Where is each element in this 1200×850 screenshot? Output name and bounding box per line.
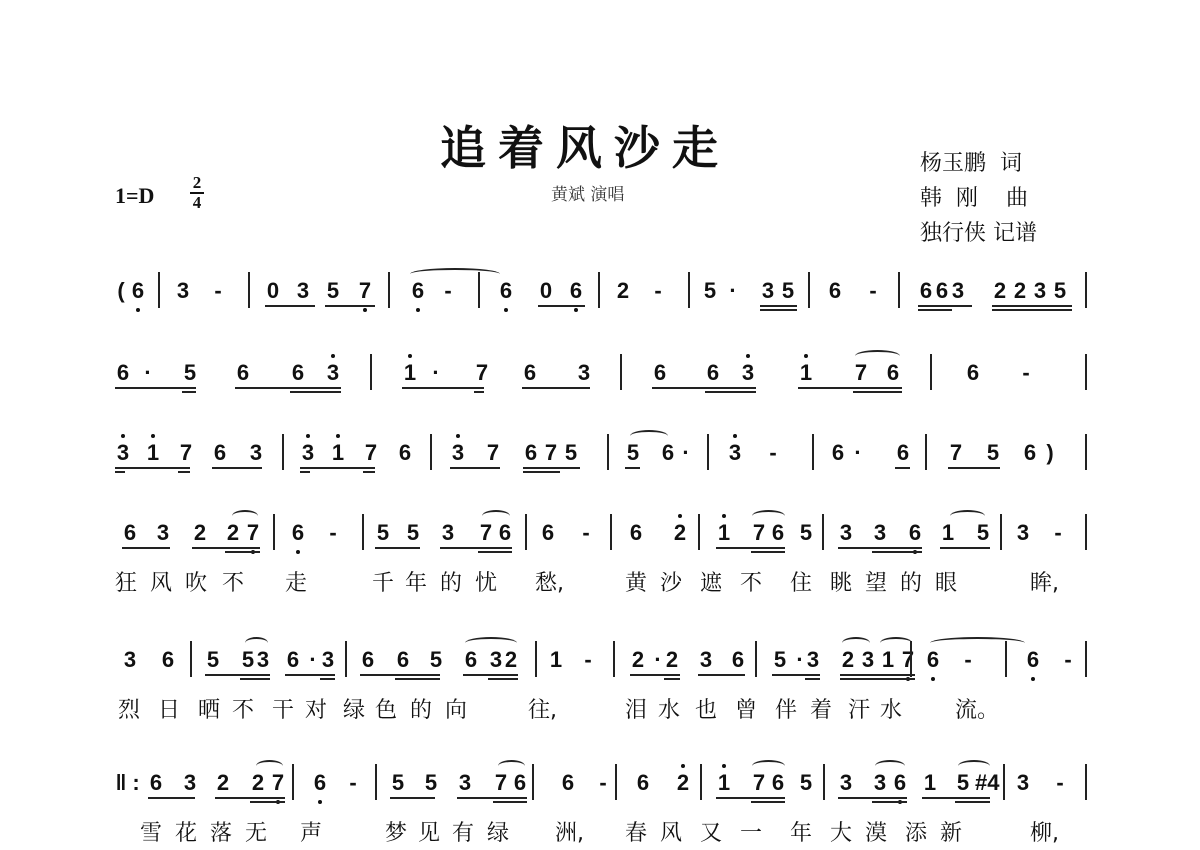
- lyric-char: 不: [232, 693, 254, 724]
- lyric-char: 见: [418, 816, 440, 847]
- low-octave-dot: [416, 308, 420, 312]
- eighth-underline: [457, 797, 527, 799]
- eighth-underline: [630, 674, 680, 676]
- time-signature: 2 4: [190, 175, 204, 211]
- bar-line: [823, 764, 825, 800]
- low-octave-dot: [574, 308, 578, 312]
- lyric-char: 忧: [475, 566, 497, 597]
- lyric-char: 洲,: [555, 816, 584, 847]
- note: 5: [325, 278, 341, 304]
- note: 2: [503, 647, 519, 673]
- note: 5: [625, 440, 641, 466]
- note: 5: [955, 770, 971, 796]
- note: 6: [934, 278, 950, 304]
- slur-arc: [498, 760, 525, 772]
- note: 3: [1015, 520, 1031, 546]
- high-octave-dot: [336, 434, 340, 438]
- note: (: [113, 278, 129, 304]
- note: 6: [148, 770, 164, 796]
- note: 3: [727, 440, 743, 466]
- note: 2: [992, 278, 1008, 304]
- high-octave-dot: [121, 434, 125, 438]
- note: 5: [390, 770, 406, 796]
- note: 3: [440, 520, 456, 546]
- lyric-char: 对: [305, 693, 327, 724]
- lyric-char: 狂: [115, 566, 137, 597]
- note: 2: [215, 770, 231, 796]
- note: 6: [895, 440, 911, 466]
- note: 2: [615, 278, 631, 304]
- high-octave-dot: [306, 434, 310, 438]
- time-bottom: 4: [190, 195, 204, 211]
- bar-line: [698, 514, 700, 550]
- slur-arc: [410, 268, 500, 280]
- lyric-char: 千: [372, 566, 394, 597]
- note: 3: [950, 278, 966, 304]
- sixteenth-underline: [751, 801, 785, 803]
- note: 6: [290, 360, 306, 386]
- lyric-char: 大: [830, 816, 852, 847]
- eighth-underline: [205, 674, 270, 676]
- sixteenth-underline: [363, 471, 375, 473]
- note: 6: [1025, 647, 1041, 673]
- note: 3: [872, 520, 888, 546]
- sixteenth-underline: [918, 309, 952, 311]
- bar-line: [190, 641, 192, 677]
- note: #4: [975, 770, 991, 796]
- lyric-char: 落: [210, 816, 232, 847]
- note: 3: [248, 440, 264, 466]
- note: 3: [182, 770, 198, 796]
- note: 3: [325, 360, 341, 386]
- note: 2: [1012, 278, 1028, 304]
- lyric-char: 年: [790, 816, 812, 847]
- note: 5: [423, 770, 439, 796]
- sixteenth-underline: [115, 471, 125, 473]
- sixteenth-underline: [250, 801, 285, 803]
- note: 3: [805, 647, 821, 673]
- note: 6: [522, 360, 538, 386]
- low-octave-dot: [1031, 677, 1035, 681]
- lyric-char: 泪: [625, 693, 647, 724]
- lyric-char: 住: [790, 566, 812, 597]
- note: 6: [560, 770, 576, 796]
- note: 6: [705, 360, 721, 386]
- note: 1: [548, 647, 564, 673]
- lyric-char: 不: [740, 566, 762, 597]
- note: -: [578, 520, 594, 546]
- lyricist-credit: 杨玉鹏 词: [920, 146, 1037, 181]
- lyric-char: 往,: [528, 693, 557, 724]
- lyric-char: 有: [452, 816, 474, 847]
- eighth-underline: [698, 674, 745, 676]
- high-octave-dot: [151, 434, 155, 438]
- eighth-underline: [772, 674, 820, 676]
- credits: 杨玉鹏 词 韩 刚 曲 独行侠 记谱: [920, 146, 1037, 251]
- bar-line: [292, 764, 294, 800]
- low-octave-dot: [931, 677, 935, 681]
- low-octave-dot: [296, 550, 300, 554]
- sixteenth-underline: [705, 391, 756, 393]
- note: 6: [925, 647, 941, 673]
- bar-line: [707, 434, 709, 470]
- note: 7: [543, 440, 559, 466]
- slur-arc: [855, 350, 900, 362]
- lyric-char: 绿: [343, 693, 365, 724]
- note: -: [1018, 360, 1034, 386]
- slur-arc: [232, 510, 258, 522]
- high-octave-dot: [678, 514, 682, 518]
- note: 5: [375, 520, 391, 546]
- lyric-char: 走: [285, 566, 307, 597]
- lyric-char: 水: [658, 693, 680, 724]
- lyric-char: 色: [375, 693, 397, 724]
- bar-line: [1085, 514, 1087, 550]
- sixteenth-underline: [751, 551, 785, 553]
- lyric-char: 晒: [198, 693, 220, 724]
- note: 6: [965, 360, 981, 386]
- eighth-underline: [940, 547, 990, 549]
- note: 3: [838, 770, 854, 796]
- note: 3: [450, 440, 466, 466]
- note: 1: [716, 520, 732, 546]
- high-octave-dot: [408, 354, 412, 358]
- lyric-char: 水: [880, 693, 902, 724]
- slur-arc: [880, 637, 912, 649]
- note: 6: [497, 520, 513, 546]
- note: -: [765, 440, 781, 466]
- note: 2: [675, 770, 691, 796]
- lyric-char: 愁,: [535, 566, 564, 597]
- lyric-char: 的: [900, 566, 922, 597]
- note: 5: [985, 440, 1001, 466]
- lyric-char: 无: [245, 816, 267, 847]
- note: 6: [397, 440, 413, 466]
- low-octave-dot: [504, 308, 508, 312]
- eighth-underline: [652, 387, 756, 389]
- note: 6: [652, 360, 668, 386]
- eighth-underline: [716, 797, 785, 799]
- sixteenth-underline: [320, 678, 335, 680]
- note: 6: [498, 278, 514, 304]
- eighth-underline: [325, 305, 375, 307]
- bar-line: [755, 641, 757, 677]
- sixteenth-underline: [760, 309, 797, 311]
- eighth-underline: [922, 797, 990, 799]
- bar-line: [1085, 354, 1087, 390]
- lyric-char: 春: [625, 816, 647, 847]
- sixteenth-underline: [872, 551, 922, 553]
- note: 6: [892, 770, 908, 796]
- eighth-underline: [760, 305, 797, 307]
- note: 5: [798, 770, 814, 796]
- lyric-char: 眺: [830, 566, 852, 597]
- note: 0: [538, 278, 554, 304]
- bar-line: [1085, 434, 1087, 470]
- note: 6: [830, 440, 846, 466]
- note: 0: [265, 278, 281, 304]
- note: 1: [880, 647, 896, 673]
- eighth-underline: [840, 674, 915, 676]
- eighth-underline: [192, 547, 260, 549]
- note: 6: [395, 647, 411, 673]
- bar-line: [822, 514, 824, 550]
- note: 6: [1022, 440, 1038, 466]
- lyric-char: 眼: [935, 566, 957, 597]
- note: 3: [320, 647, 336, 673]
- note: 7: [270, 770, 286, 796]
- lyric-char: 风: [660, 816, 682, 847]
- slur-arc: [958, 760, 990, 772]
- sixteenth-underline: [300, 471, 310, 473]
- note: ·: [140, 360, 156, 386]
- note: -: [210, 278, 226, 304]
- note: -: [650, 278, 666, 304]
- note: -: [960, 647, 976, 673]
- lyric-char: 一: [740, 816, 762, 847]
- slur-arc: [630, 430, 668, 442]
- score-row-5: 365536·36656321-2·2365·323176-6-烈日晒不干对绿色…: [0, 647, 1200, 707]
- note: 7: [357, 278, 373, 304]
- note: 1: [145, 440, 161, 466]
- low-octave-dot: [363, 308, 367, 312]
- note: -: [580, 647, 596, 673]
- lyric-char: 日: [158, 693, 180, 724]
- lyric-char: 年: [405, 566, 427, 597]
- note: -: [1050, 520, 1066, 546]
- bar-line: [388, 272, 390, 308]
- lyric-char: 汗: [848, 693, 870, 724]
- lyric-char: 雪: [140, 816, 162, 847]
- note: ·: [428, 360, 444, 386]
- note: 3: [576, 360, 592, 386]
- note: ): [1042, 440, 1058, 466]
- note: 3: [155, 520, 171, 546]
- eighth-underline: [463, 674, 518, 676]
- note: 6: [235, 360, 251, 386]
- score-row-1: (63-03576-6062-5·356-6632235: [0, 278, 1200, 338]
- slur-arc: [950, 510, 985, 522]
- high-octave-dot: [722, 764, 726, 768]
- lyric-char: 烈: [118, 693, 140, 724]
- note: 2: [664, 647, 680, 673]
- eighth-underline: [360, 674, 440, 676]
- eighth-underline: [122, 547, 170, 549]
- eighth-underline: [265, 305, 315, 307]
- note: 3: [295, 278, 311, 304]
- note: 6: [212, 440, 228, 466]
- eighth-underline: [148, 797, 195, 799]
- note: 3: [488, 647, 504, 673]
- note: 2: [225, 520, 241, 546]
- note: 5: [1052, 278, 1068, 304]
- sixteenth-underline: [523, 471, 560, 473]
- lyric-char: 向: [445, 693, 467, 724]
- note: ·: [305, 647, 321, 673]
- high-octave-dot: [456, 434, 460, 438]
- high-octave-dot: [746, 354, 750, 358]
- note: 6: [523, 440, 539, 466]
- note: 6: [770, 520, 786, 546]
- sixteenth-underline: [493, 801, 527, 803]
- note: 6: [827, 278, 843, 304]
- sixteenth-underline: [664, 678, 680, 680]
- bar-line: [700, 764, 702, 800]
- note: 3: [115, 440, 131, 466]
- note: 6: [635, 770, 651, 796]
- eighth-underline: [440, 547, 512, 549]
- lyric-char: 干: [272, 693, 294, 724]
- sixteenth-underline: [225, 551, 260, 553]
- high-octave-dot: [681, 764, 685, 768]
- note: 5: [182, 360, 198, 386]
- transcriber-credit: 独行侠 记谱: [920, 216, 1037, 251]
- note: 2: [192, 520, 208, 546]
- high-octave-dot: [722, 514, 726, 518]
- note: 6: [885, 360, 901, 386]
- note: 5: [563, 440, 579, 466]
- note: 7: [485, 440, 501, 466]
- bar-line: [362, 514, 364, 550]
- note: 7: [245, 520, 261, 546]
- bar-line: [610, 514, 612, 550]
- eighth-underline: [285, 674, 335, 676]
- note: 6: [770, 770, 786, 796]
- note: 1: [940, 520, 956, 546]
- lyric-char: 不: [222, 566, 244, 597]
- lyric-char: 流。: [955, 693, 999, 724]
- note: ‖: [113, 770, 129, 796]
- note: 6: [568, 278, 584, 304]
- note: 7: [853, 360, 869, 386]
- bar-line: [1085, 272, 1087, 308]
- note: 6: [463, 647, 479, 673]
- note: -: [1060, 647, 1076, 673]
- note: 6: [410, 278, 426, 304]
- note: 6: [290, 520, 306, 546]
- score-row-3: 3176331763767556·3-6·6756): [0, 440, 1200, 500]
- slur-arc: [245, 637, 268, 649]
- time-top: 2: [190, 175, 204, 191]
- score-row-6: ‖:632276-553766-62176533615#43-雪花落无声梦见有绿…: [0, 770, 1200, 830]
- note: 2: [630, 647, 646, 673]
- eighth-underline: [300, 467, 375, 469]
- note: 5: [798, 520, 814, 546]
- bar-line: [1085, 641, 1087, 677]
- eighth-underline: [390, 797, 435, 799]
- bar-line: [808, 272, 810, 308]
- note: ·: [850, 440, 866, 466]
- score-row-2: 6·56631·7636631766-: [0, 360, 1200, 420]
- note: -: [325, 520, 341, 546]
- lyric-char: 梦: [385, 816, 407, 847]
- note: 2: [672, 520, 688, 546]
- sixteenth-underline: [474, 391, 484, 393]
- bar-line: [620, 354, 622, 390]
- bar-line: [525, 514, 527, 550]
- note: 6: [512, 770, 528, 796]
- note: 1: [330, 440, 346, 466]
- low-octave-dot: [318, 800, 322, 804]
- slur-arc: [752, 510, 785, 522]
- lyric-char: 又: [700, 816, 722, 847]
- note: 7: [751, 520, 767, 546]
- slur-arc: [482, 510, 510, 522]
- bar-line: [613, 641, 615, 677]
- score-row-4: 632276-553766-621765336153-狂风吹不走千年的忧愁,黄沙…: [0, 520, 1200, 580]
- lyric-char: 沙: [660, 566, 682, 597]
- note: ·: [725, 278, 741, 304]
- sixteenth-underline: [182, 391, 196, 393]
- slur-arc: [875, 760, 905, 772]
- lyric-char: 漠: [865, 816, 887, 847]
- lyric-char: 着: [810, 693, 832, 724]
- bar-line: [688, 272, 690, 308]
- eighth-underline: [522, 387, 590, 389]
- bar-line: [930, 354, 932, 390]
- slur-arc: [465, 637, 517, 649]
- note: 7: [474, 360, 490, 386]
- sixteenth-underline: [395, 678, 440, 680]
- note: 6: [130, 278, 146, 304]
- bar-line: [1000, 514, 1002, 550]
- note: -: [345, 770, 361, 796]
- note: 2: [250, 770, 266, 796]
- note: 5: [405, 520, 421, 546]
- note: 3: [175, 278, 191, 304]
- note: 7: [478, 520, 494, 546]
- lyric-char: 柳,: [1030, 816, 1059, 847]
- note: 3: [698, 647, 714, 673]
- eighth-underline: [235, 387, 341, 389]
- lyric-char: 声: [300, 816, 322, 847]
- note: -: [1052, 770, 1068, 796]
- eighth-underline: [212, 467, 262, 469]
- slur-arc: [752, 760, 785, 772]
- bar-line: [345, 641, 347, 677]
- note: 5: [780, 278, 796, 304]
- lyric-char: 望: [865, 566, 887, 597]
- note: 5: [702, 278, 718, 304]
- bar-line: [370, 354, 372, 390]
- note: 5: [772, 647, 788, 673]
- note: -: [865, 278, 881, 304]
- note: 6: [115, 360, 131, 386]
- note: 6: [907, 520, 923, 546]
- note: -: [440, 278, 456, 304]
- lyric-char: 眸,: [1030, 566, 1059, 597]
- note: 7: [178, 440, 194, 466]
- sixteenth-underline: [805, 678, 820, 680]
- eighth-underline: [115, 387, 196, 389]
- bar-line: [898, 272, 900, 308]
- note: 3: [872, 770, 888, 796]
- bar-line: [248, 272, 250, 308]
- note: 6: [360, 647, 376, 673]
- note: 6: [285, 647, 301, 673]
- note: 3: [838, 520, 854, 546]
- eighth-underline: [716, 547, 785, 549]
- eighth-underline: [992, 305, 1072, 307]
- bar-line: [430, 434, 432, 470]
- eighth-underline: [798, 387, 902, 389]
- bar-line: [1085, 764, 1087, 800]
- high-octave-dot: [804, 354, 808, 358]
- note: -: [595, 770, 611, 796]
- sixteenth-underline: [240, 678, 270, 680]
- note: 1: [402, 360, 418, 386]
- sixteenth-underline: [478, 551, 512, 553]
